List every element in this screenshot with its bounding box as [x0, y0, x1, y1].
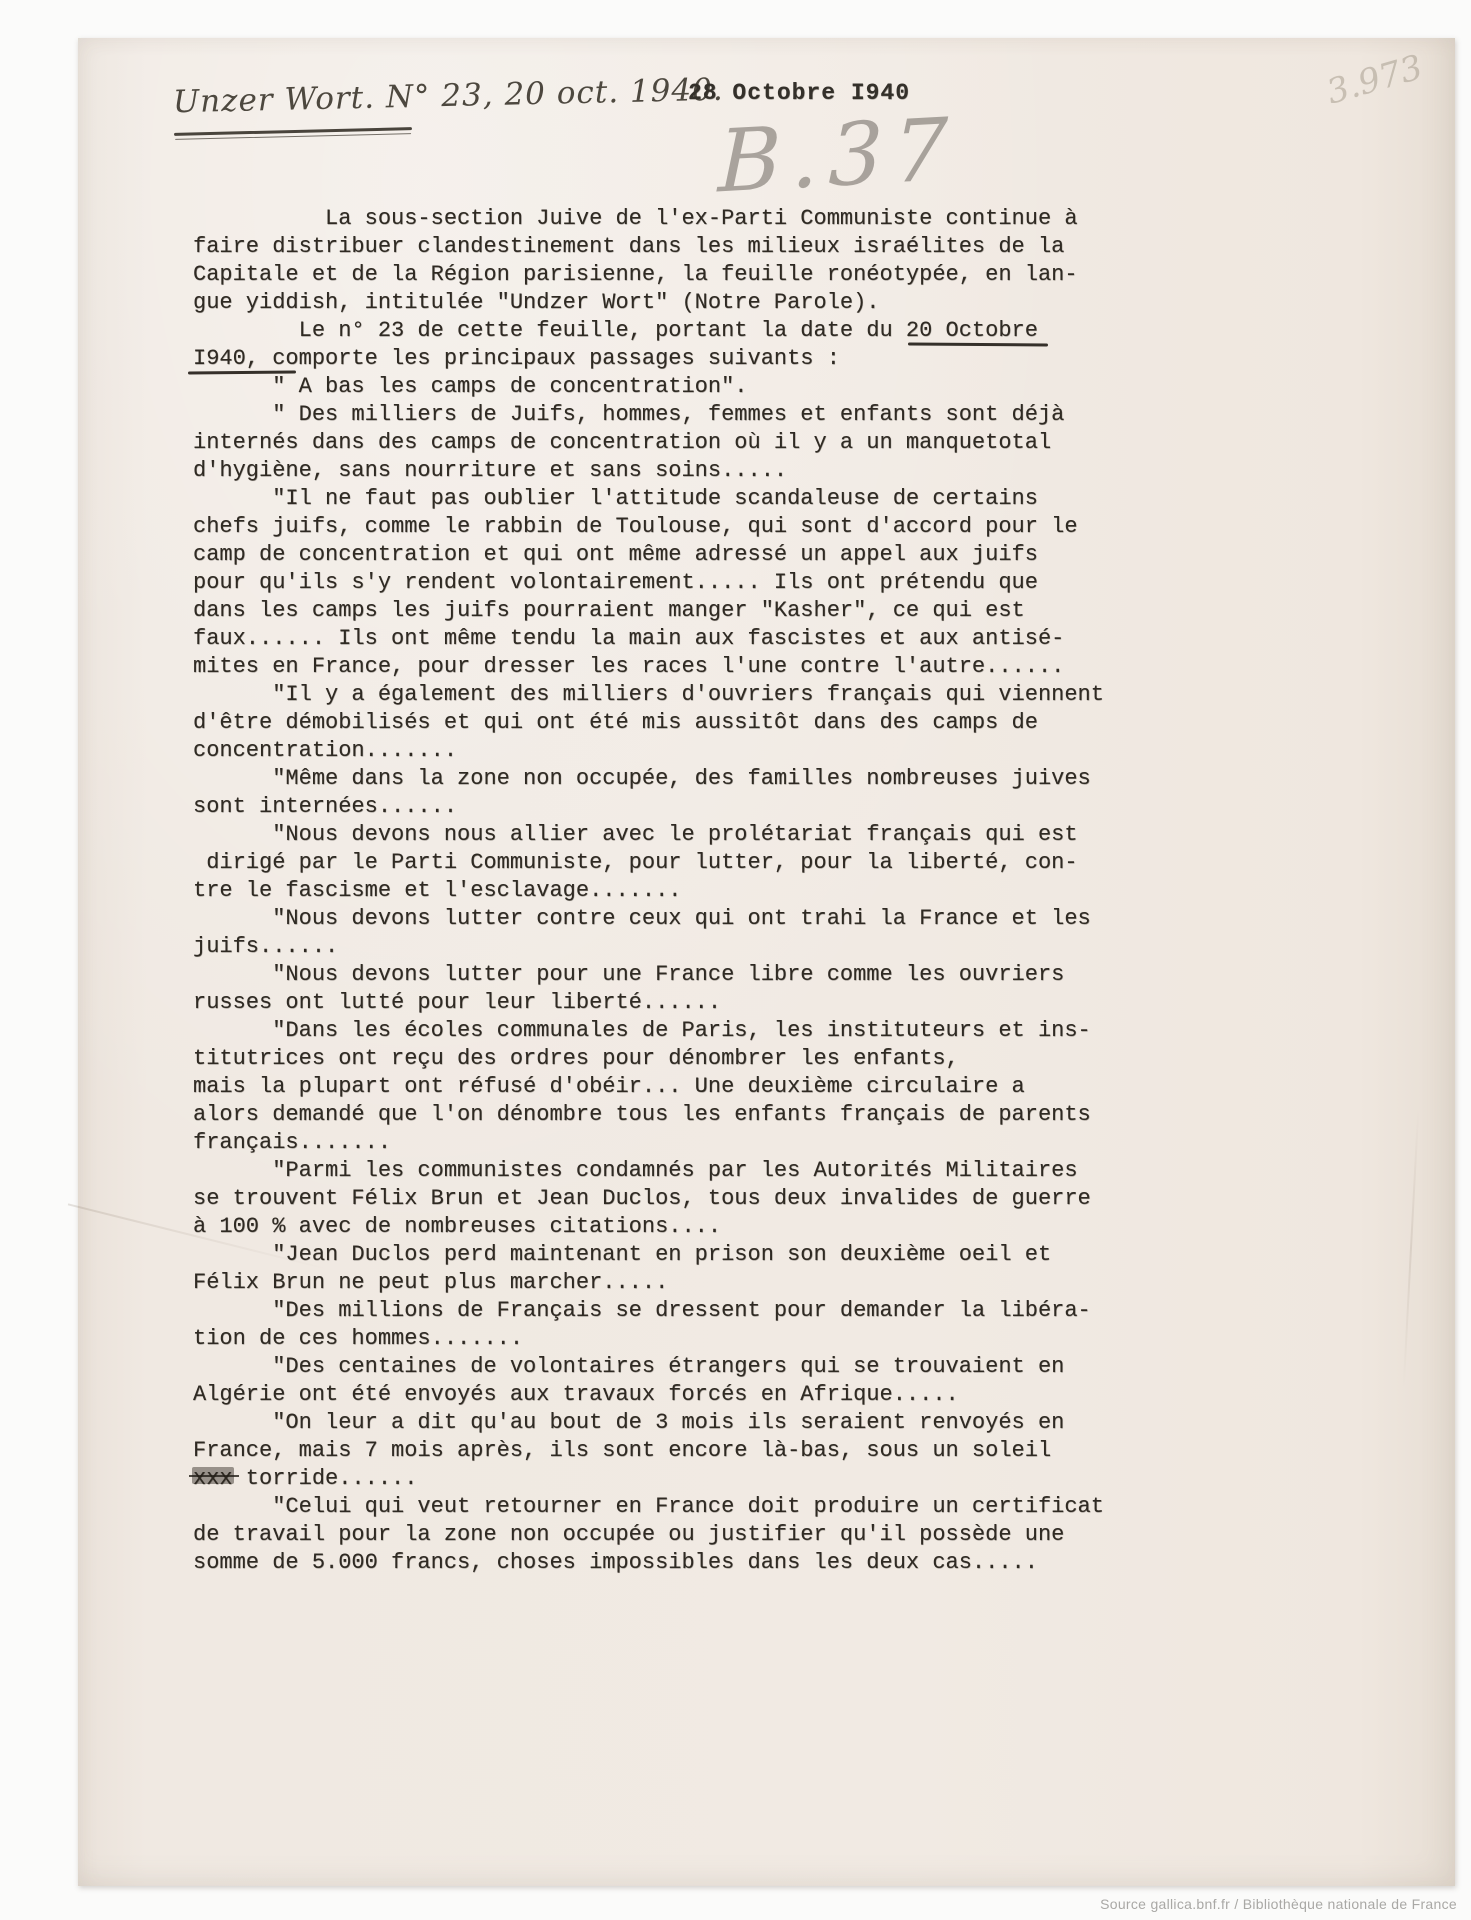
pencil-reference-mark: B.37 — [717, 100, 958, 213]
source-credit: Source gallica.bnf.fr / Bibliothèque nat… — [1100, 1896, 1457, 1912]
handwritten-annotation: Unzer Wort. N° 23, 20 oct. 1940. — [173, 72, 724, 120]
typewriter-overstrike-mark — [192, 1467, 234, 1484]
scan-background: Unzer Wort. N° 23, 20 oct. 1940. 28 Octo… — [0, 0, 1471, 1920]
paper-crease — [1403, 1108, 1420, 1388]
typed-text: La sous-section Juive de l'ex-Parti Comm… — [193, 205, 1104, 1577]
handwritten-underline — [174, 127, 412, 136]
faint-corner-number: 3.973 — [1322, 47, 1427, 112]
document-page: Unzer Wort. N° 23, 20 oct. 1940. 28 Octo… — [78, 38, 1455, 1886]
document-date: 28 Octobre I940 — [688, 80, 910, 106]
